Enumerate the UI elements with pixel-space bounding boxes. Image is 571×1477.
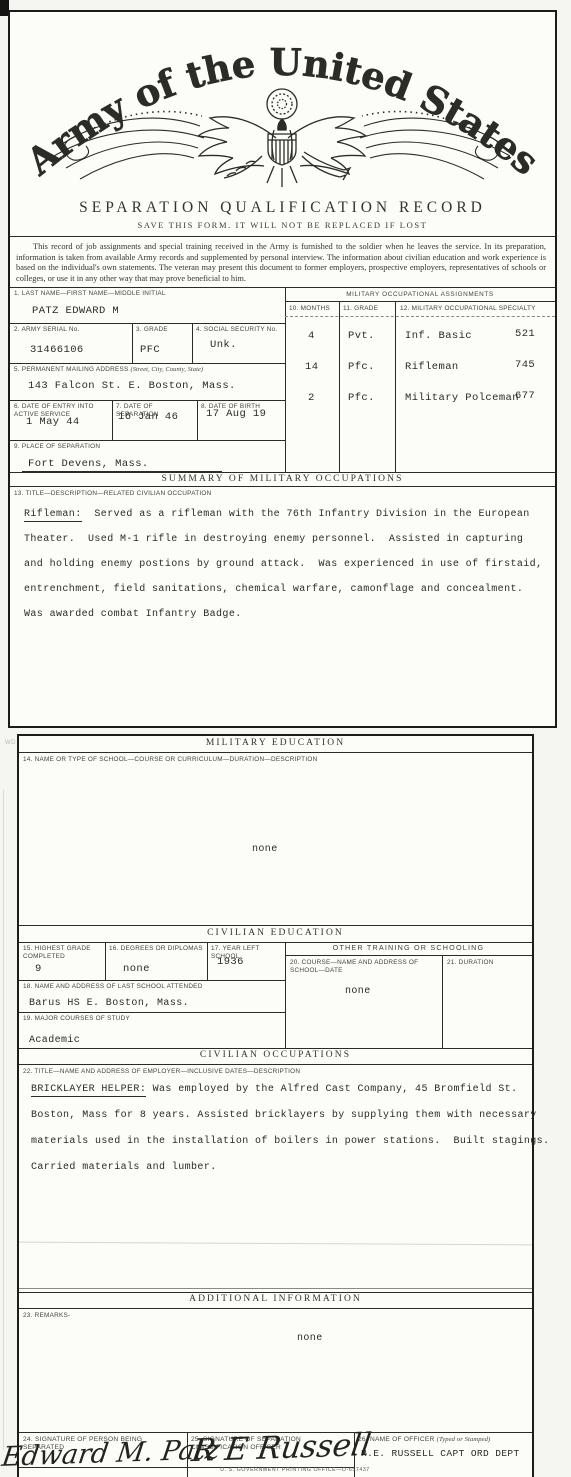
rule xyxy=(19,925,532,926)
fold-crease xyxy=(19,1242,532,1246)
assignment-row-months: 14 xyxy=(305,361,318,373)
rule xyxy=(197,400,198,440)
field-address-label-text: 5. PERMANENT MAILING ADDRESS xyxy=(14,366,128,373)
field-entry-value: 1 May 44 xyxy=(26,416,80,428)
last-school-label: 18. NAME AND ADDRESS OF LAST SCHOOL ATTE… xyxy=(23,983,273,991)
additional-information-band: ADDITIONAL INFORMATION xyxy=(19,1294,532,1304)
rule xyxy=(285,942,286,1048)
officer-name-value: R.E. RUSSELL CAPT ORD DEPT xyxy=(361,1448,520,1459)
rule xyxy=(19,1308,532,1309)
field-place-label: 9. PLACE OF SEPARATION xyxy=(14,443,214,451)
scan-edge-shadow xyxy=(3,790,4,1450)
field-address-label: 5. PERMANENT MAILING ADDRESS (Street, Ci… xyxy=(14,366,282,374)
field-grade-value: PFC xyxy=(140,344,160,356)
rule xyxy=(105,942,106,980)
occupation-line: materials used in the installation of bo… xyxy=(31,1136,549,1147)
rule xyxy=(10,486,555,487)
year-left-value: 1936 xyxy=(217,956,244,968)
degrees-value: none xyxy=(123,963,150,975)
rule xyxy=(10,236,555,237)
summary-band: SUMMARY OF MILITARY OCCUPATIONS xyxy=(10,474,555,484)
degrees-label: 16. DEGREES OR DIPLOMAS xyxy=(109,945,203,953)
officer-signature: R E Russell xyxy=(190,1427,374,1469)
arc-title: Army of the United States xyxy=(17,40,547,184)
civilian-occupations-band: CIVILIAN OCCUPATIONS xyxy=(19,1050,532,1060)
rule xyxy=(112,400,113,440)
rule xyxy=(395,301,396,472)
occupation-line: Boston, Mass for 8 years. Assisted brick… xyxy=(31,1110,537,1121)
summary-lead: Rifleman: xyxy=(24,509,82,522)
occupation-lead: BRICKLAYER HELPER: xyxy=(31,1084,146,1097)
rule xyxy=(285,287,286,472)
field-ssn-value: Unk. xyxy=(210,339,237,351)
page-1: Army of the United States xyxy=(8,10,557,728)
field-serial-value: 31466106 xyxy=(30,344,84,356)
summary-line: and holding enemy postions by ground att… xyxy=(24,559,542,570)
rule xyxy=(285,301,555,302)
rule xyxy=(10,440,285,441)
occupation-line: BRICKLAYER HELPER: Was employed by the A… xyxy=(31,1084,517,1095)
field-serial-label: 2. ARMY SERIAL No. xyxy=(14,326,124,334)
summary-line: Theater. Used M-1 rifle in destroying en… xyxy=(24,534,523,545)
rule xyxy=(10,363,285,364)
scanned-separation-record: Army of the United States xyxy=(0,0,571,1477)
summary-label: 13. TITLE—DESCRIPTION—RELATED CIVILIAN O… xyxy=(14,490,314,498)
arc-title-text: Army of the United States xyxy=(17,40,547,184)
rule xyxy=(207,942,208,980)
other-training-band: OTHER TRAINING OR SCHOOLING xyxy=(285,944,532,952)
rule xyxy=(19,752,532,753)
rule xyxy=(10,472,555,473)
rule xyxy=(19,1012,285,1013)
remarks-value: none xyxy=(297,1333,323,1344)
civilian-education-band: CIVILIAN EDUCATION xyxy=(19,928,532,938)
assignments-col-months: 10. MONTHS xyxy=(289,305,337,313)
field-address-label-paren: (Street, City, County, State) xyxy=(131,366,204,373)
assignment-row-specialty: Military Polceman xyxy=(405,392,519,404)
rule xyxy=(19,1288,532,1289)
assignment-row-code: 521 xyxy=(515,328,535,340)
assignment-row-months: 2 xyxy=(308,392,315,404)
rule xyxy=(285,316,555,317)
occupation-line-text: Was employed by the Alfred Cast Company,… xyxy=(146,1084,517,1095)
rule xyxy=(285,955,532,956)
field-last-name-value: PATZ EDWARD M xyxy=(32,305,119,317)
remarks-label: 23. REMARKS- xyxy=(23,1312,143,1320)
save-notice: SAVE THIS FORM. IT WILL NOT BE REPLACED … xyxy=(10,220,555,230)
other-training-course-label: 20. COURSE—NAME AND ADDRESS OF SCHOOL—DA… xyxy=(290,959,440,974)
field-separation-value: 16 Jan 46 xyxy=(118,411,178,423)
assignment-row-months: 4 xyxy=(308,330,315,342)
major-courses-value: Academic xyxy=(29,1035,80,1046)
page-2: MILITARY EDUCATION 14. NAME OR TYPE OF S… xyxy=(17,734,534,1477)
assignment-row-grade: Pfc. xyxy=(348,361,375,373)
military-education-label: 14. NAME OR TYPE OF SCHOOL—COURSE OR CUR… xyxy=(23,756,443,764)
preamble: This record of job assignments and speci… xyxy=(16,242,546,285)
rule xyxy=(10,287,555,288)
summary-line: Rifleman: Served as a rifleman with the … xyxy=(24,509,530,520)
assignment-row-specialty: Inf. Basic xyxy=(405,330,472,342)
assignments-title: MILITARY OCCUPATIONAL ASSIGNMENTS xyxy=(285,291,555,299)
officer-name-label-paren: (Typed or Stamped) xyxy=(437,1436,491,1443)
svg-text:Army of the United States: Army of the United States xyxy=(17,40,547,184)
occupation-line: Carried materials and lumber. xyxy=(31,1162,217,1173)
field-place-value: Fort Devens, Mass. xyxy=(28,458,149,470)
rule xyxy=(10,400,285,401)
civilian-occupations-label: 22. TITLE—NAME AND ADDRESS OF EMPLOYER—I… xyxy=(23,1068,373,1076)
other-training-value: none xyxy=(345,986,371,997)
eagle-emblem-icon xyxy=(198,89,366,187)
officer-name-label: 26. NAME OF OFFICER (Typed or Stamped) xyxy=(358,1436,530,1444)
assignment-row-code: 745 xyxy=(515,359,535,371)
rule xyxy=(19,1292,532,1293)
summary-line-text: Served as a rifleman with the 76th Infan… xyxy=(82,509,530,520)
assignment-row-code: 677 xyxy=(515,390,535,402)
field-last-name-label: 1. LAST NAME—FIRST NAME—MIDDLE INITIAL xyxy=(14,290,274,298)
rule xyxy=(10,323,285,324)
rule xyxy=(19,1048,532,1049)
printing-office-footer: U. S. GOVERNMENT PRINTING OFFICE—O-65743… xyxy=(145,1467,445,1473)
rule xyxy=(339,301,340,472)
major-courses-label: 19. MAJOR COURSES OF STUDY xyxy=(23,1015,273,1023)
highest-grade-label: 15. HIGHEST GRADE COMPLETED xyxy=(23,945,99,960)
summary-line: entrenchment, field sanitations, chemica… xyxy=(24,584,523,595)
assignments-col-specialty: 12. MILITARY OCCUPATIONAL SPECIALTY xyxy=(400,305,555,313)
assignment-row-grade: Pfc. xyxy=(348,392,375,404)
military-education-band: MILITARY EDUCATION xyxy=(19,738,532,748)
rule xyxy=(192,323,193,363)
last-school-value: Barus HS E. Boston, Mass. xyxy=(29,998,189,1009)
assignments-col-grade: 11. GRADE xyxy=(343,305,393,313)
assignment-row-specialty: Rifleman xyxy=(405,361,459,373)
field-grade-label: 3. GRADE xyxy=(136,326,190,334)
summary-line: Was awarded combat Infantry Badge. xyxy=(24,609,242,620)
rule xyxy=(132,323,133,363)
field-address-value: 143 Falcon St. E. Boston, Mass. xyxy=(28,380,236,392)
field-birth-value: 17 Aug 19 xyxy=(206,408,266,420)
military-education-value: none xyxy=(252,844,278,855)
form-title: SEPARATION QUALIFICATION RECORD xyxy=(10,199,555,217)
rule xyxy=(19,980,285,981)
highest-grade-value: 9 xyxy=(35,963,42,975)
engraved-header: Army of the United States xyxy=(10,18,555,202)
assignment-row-grade: Pvt. xyxy=(348,330,375,342)
rule xyxy=(19,1064,532,1065)
rule xyxy=(442,955,443,1048)
field-ssn-label: 4. SOCIAL SECURITY No. xyxy=(196,326,284,334)
other-training-duration-label: 21. DURATION xyxy=(447,959,527,967)
